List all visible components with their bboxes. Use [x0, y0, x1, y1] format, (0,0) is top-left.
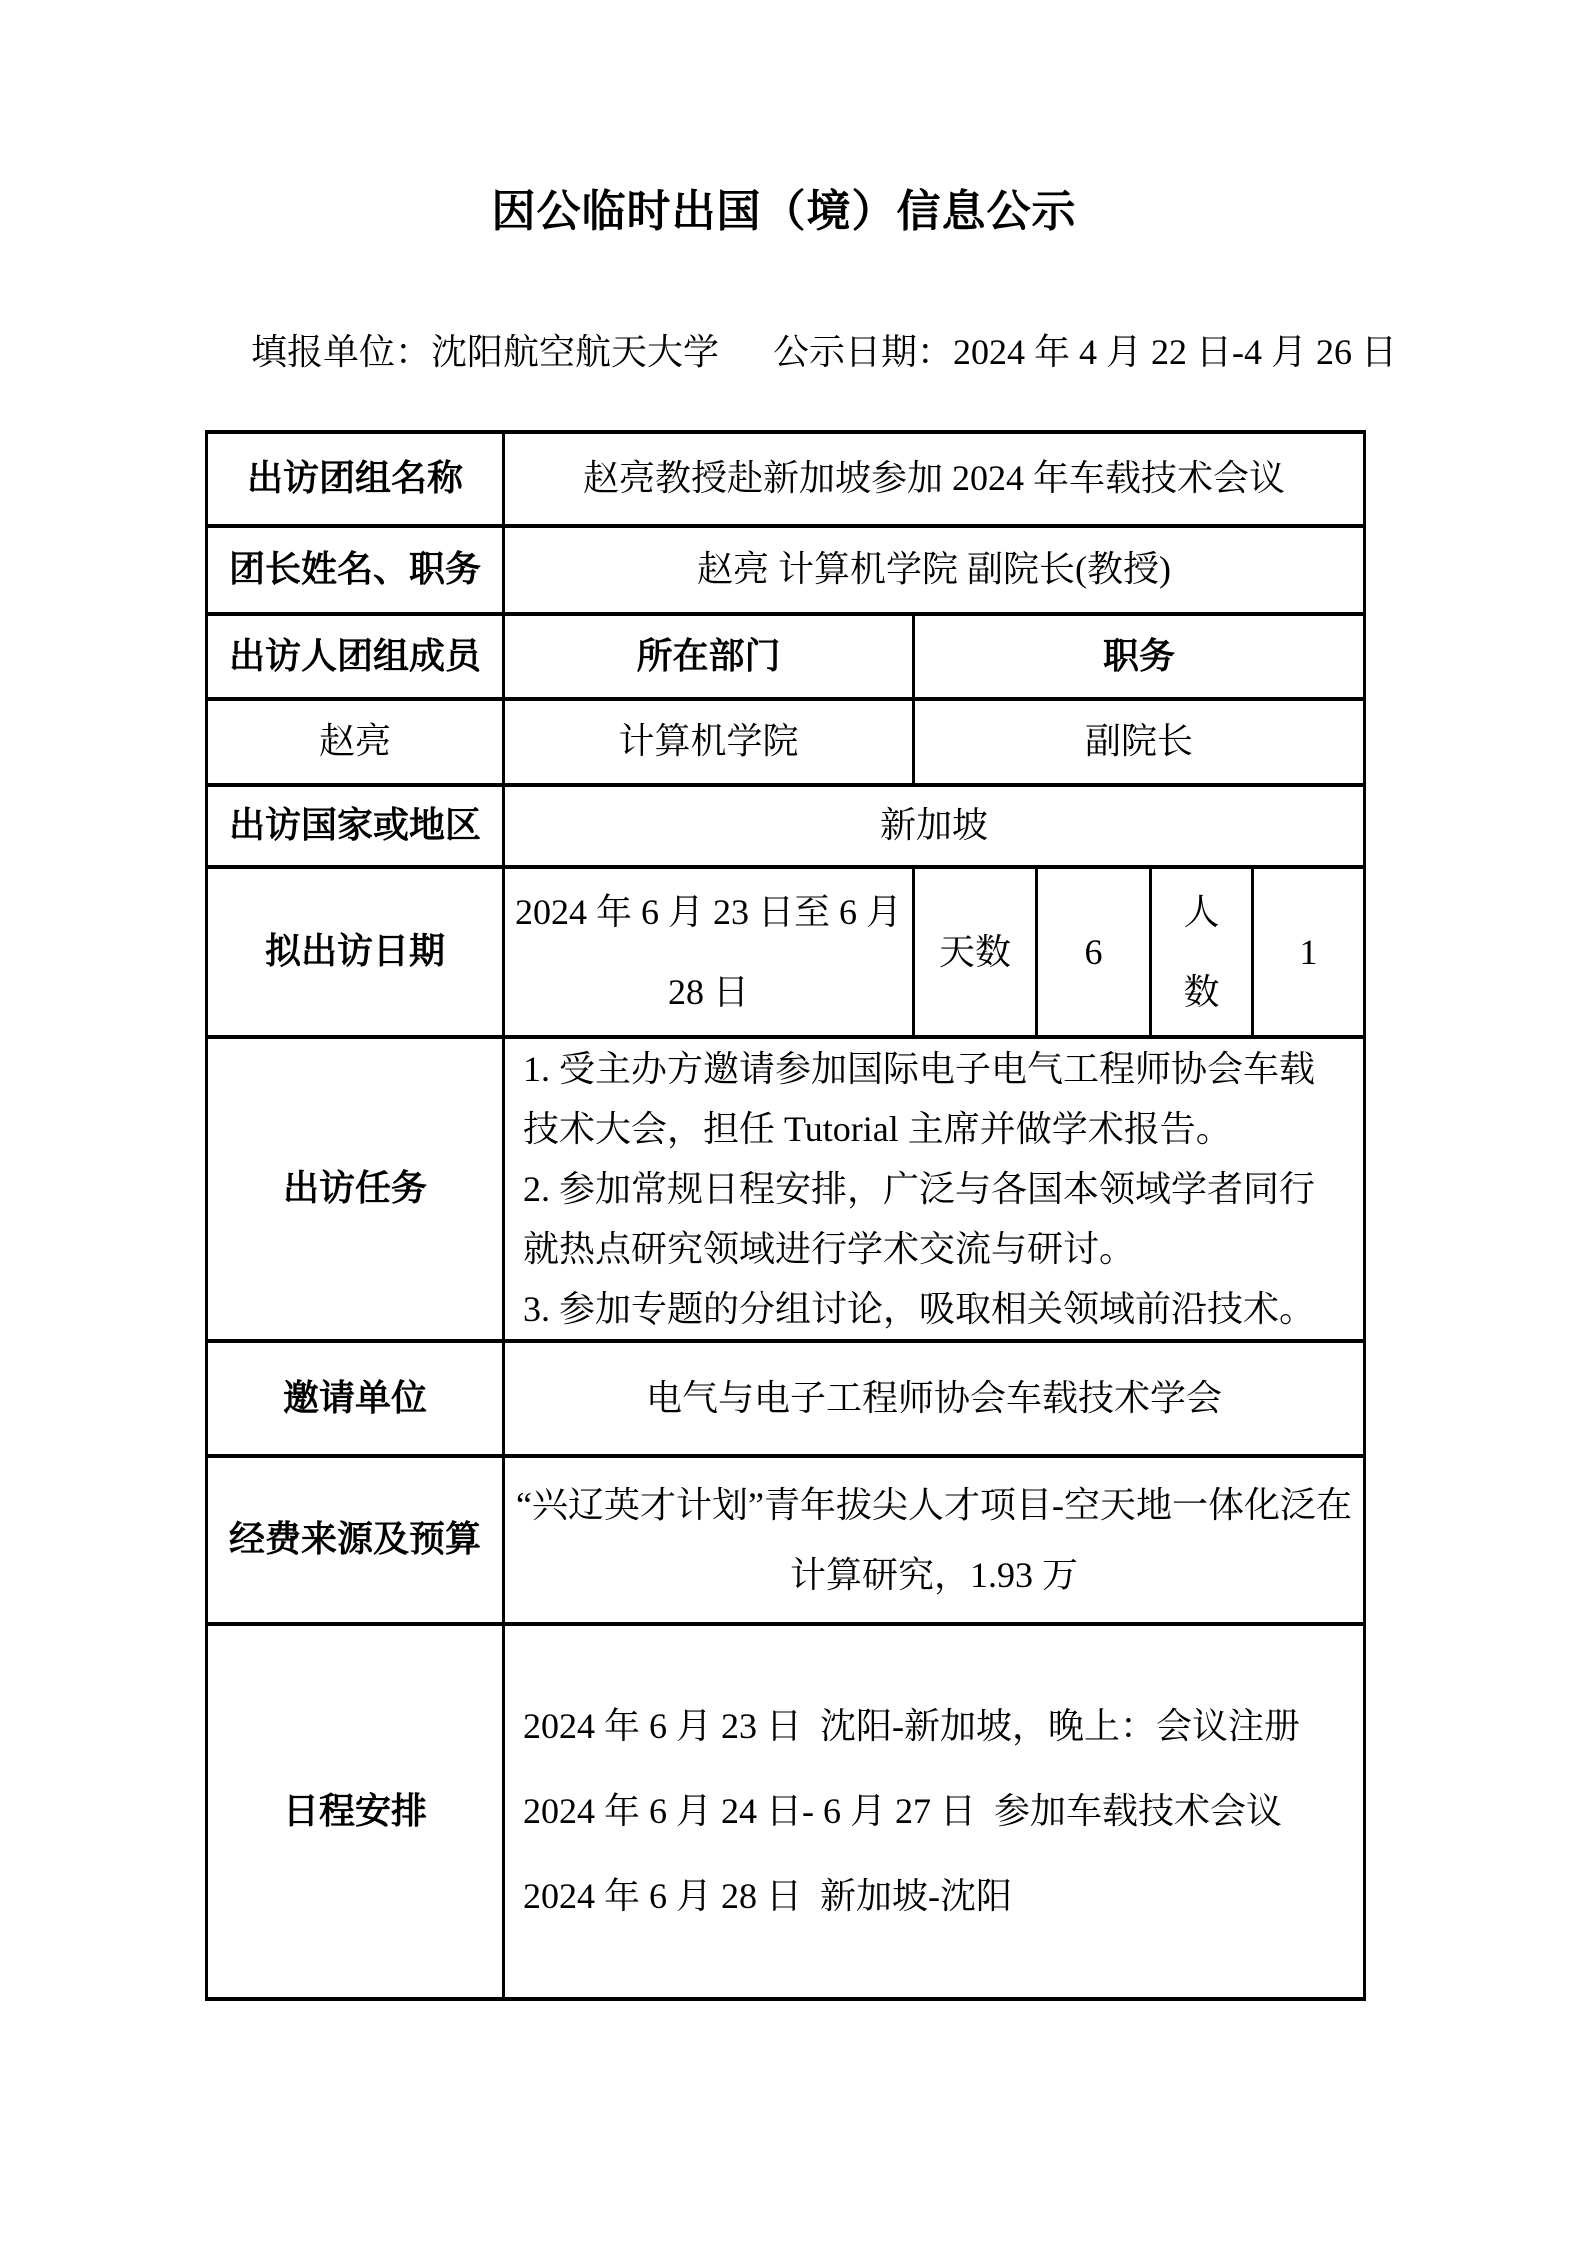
- dept-header: 所在部门: [504, 614, 914, 699]
- schedule-content: 2024 年 6 月 23 日 沈阳-新加坡，晚上：会议注册 2024 年 6 …: [504, 1624, 1365, 1999]
- duty-header: 职务: [914, 614, 1365, 699]
- schedule-item-3: 2024 年 6 月 28 日 新加坡-沈阳: [523, 1854, 1345, 1939]
- inviter-value: 电气与电子工程师协会车载技术学会: [504, 1341, 1365, 1456]
- member-name: 赵亮: [207, 699, 504, 785]
- member-dept: 计算机学院: [504, 699, 914, 785]
- table-row: 出访团组名称 赵亮教授赴新加坡参加 2024 年车载技术会议: [207, 432, 1365, 526]
- tasks-label: 出访任务: [207, 1037, 504, 1341]
- page-title: 因公临时出国（境）信息公示: [205, 0, 1363, 234]
- publicity-date: 公示日期：2024 年 4 月 22 日-4 月 26 日: [773, 332, 1397, 372]
- table-row: 出访国家或地区 新加坡: [207, 785, 1365, 867]
- budget-label: 经费来源及预算: [207, 1456, 504, 1624]
- destination-label: 出访国家或地区: [207, 785, 504, 867]
- visit-date-label: 拟出访日期: [207, 867, 504, 1037]
- visit-date-range: 2024 年 6 月 23 日至 6 月 28 日: [504, 867, 914, 1037]
- schedule-item-1: 2024 年 6 月 23 日 沈阳-新加坡，晚上：会议注册: [523, 1684, 1345, 1769]
- table-row: 出访任务 1. 受主办方邀请参加国际电子电气工程师协会车载技术大会，担任 Tut…: [207, 1037, 1365, 1341]
- table-row: 赵亮 计算机学院 副院长: [207, 699, 1365, 785]
- budget-value: “兴辽英才计划”青年拔尖人才项目-空天地一体化泛在计算研究，1.93 万: [504, 1456, 1365, 1624]
- reporting-unit: 填报单位：沈阳航空航天大学: [251, 332, 719, 372]
- leader-value: 赵亮 计算机学院 副院长(教授): [504, 526, 1365, 614]
- task-item-2: 2. 参加常规日程安排，广泛与各国本领域学者同行就热点研究领域进行学术交流与研讨…: [523, 1159, 1345, 1279]
- table-row: 团长姓名、职务 赵亮 计算机学院 副院长(教授): [207, 526, 1365, 614]
- people-label: 人数: [1151, 867, 1253, 1037]
- schedule-item-2: 2024 年 6 月 24 日- 6 月 27 日 参加车载技术会议: [523, 1769, 1345, 1854]
- table-row: 经费来源及预算 “兴辽英才计划”青年拔尖人才项目-空天地一体化泛在计算研究，1.…: [207, 1456, 1365, 1624]
- task-item-1: 1. 受主办方邀请参加国际电子电气工程师协会车载技术大会，担任 Tutorial…: [523, 1039, 1345, 1159]
- group-name-value: 赵亮教授赴新加坡参加 2024 年车载技术会议: [504, 432, 1365, 526]
- document-page: 因公临时出国（境）信息公示 填报单位：沈阳航空航天大学公示日期：2024 年 4…: [0, 0, 1587, 2245]
- members-header-label: 出访人团组成员: [207, 614, 504, 699]
- visit-info-table: 出访团组名称 赵亮教授赴新加坡参加 2024 年车载技术会议 团长姓名、职务 赵…: [205, 430, 1366, 2001]
- table-row: 邀请单位 电气与电子工程师协会车载技术学会: [207, 1341, 1365, 1456]
- leader-label: 团长姓名、职务: [207, 526, 504, 614]
- task-item-3: 3. 参加专题的分组讨论，吸取相关领域前沿技术。: [523, 1279, 1345, 1339]
- meta-line: 填报单位：沈阳航空航天大学公示日期：2024 年 4 月 22 日-4 月 26…: [215, 298, 1587, 406]
- days-value: 6: [1037, 867, 1151, 1037]
- inviter-label: 邀请单位: [207, 1341, 504, 1456]
- table-row: 出访人团组成员 所在部门 职务: [207, 614, 1365, 699]
- schedule-label: 日程安排: [207, 1624, 504, 1999]
- table-row: 拟出访日期 2024 年 6 月 23 日至 6 月 28 日 天数 6 人数 …: [207, 867, 1365, 1037]
- member-duty: 副院长: [914, 699, 1365, 785]
- people-value: 1: [1253, 867, 1365, 1037]
- destination-value: 新加坡: [504, 785, 1365, 867]
- days-label: 天数: [914, 867, 1037, 1037]
- table-row: 日程安排 2024 年 6 月 23 日 沈阳-新加坡，晚上：会议注册 2024…: [207, 1624, 1365, 1999]
- group-name-label: 出访团组名称: [207, 432, 504, 526]
- tasks-content: 1. 受主办方邀请参加国际电子电气工程师协会车载技术大会，担任 Tutorial…: [504, 1037, 1365, 1341]
